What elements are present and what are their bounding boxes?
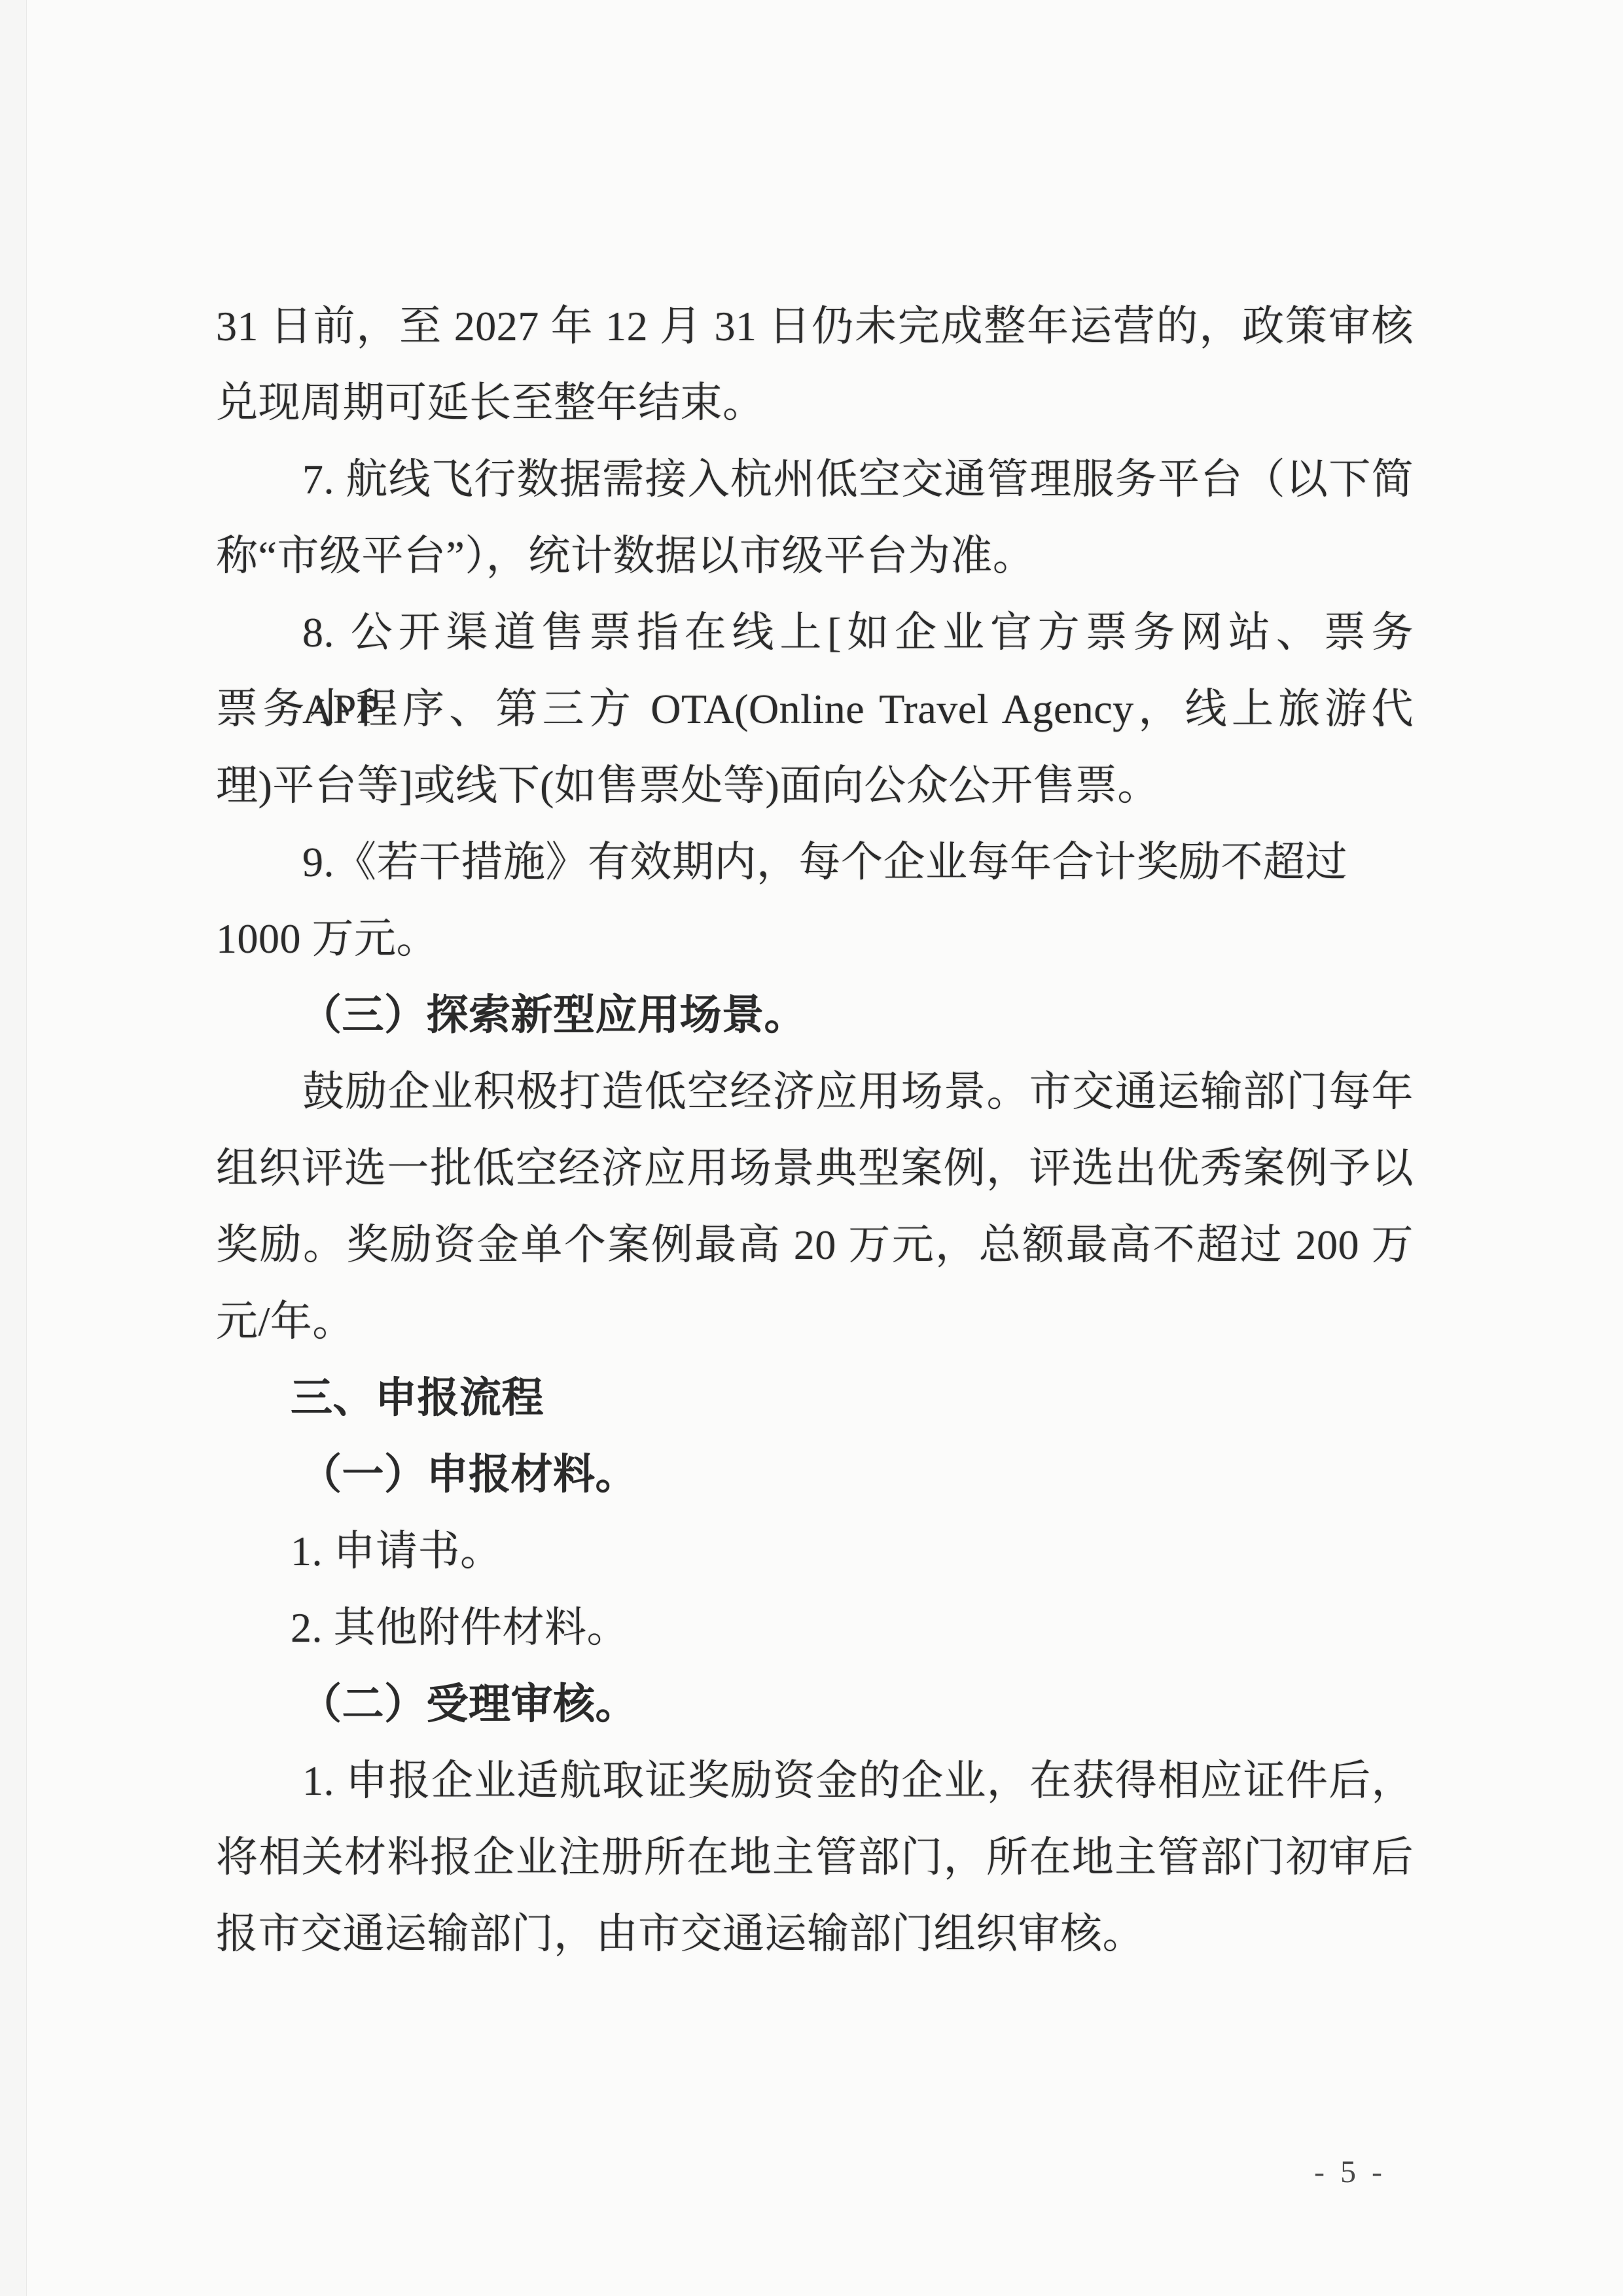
body-line-item-8: 8. 公开渠道售票指在线上[如企业官方票务网站、票务 APP、: [216, 594, 1414, 671]
body-line: 理)平台等]或线下(如售票处等)面向公众公开售票。: [216, 747, 1414, 824]
list-item-1: 1. 申请书。: [216, 1513, 1414, 1589]
body-line: 元/年。: [216, 1283, 1414, 1360]
subsection-heading-2: （二）受理审核。: [216, 1666, 1414, 1742]
body-line: 报市交通运输部门，由市交通运输部门组织审核。: [216, 1896, 1414, 1972]
body-line-item-7: 7. 航线飞行数据需接入杭州低空交通管理服务平台（以下简: [216, 441, 1414, 518]
list-item-2: 2. 其他附件材料。: [216, 1589, 1414, 1666]
text-block: 31 日前，至 2027 年 12 月 31 日仍未完成整年运营的，政策审核 兑…: [216, 288, 1414, 1972]
page-number: - 5 -: [1314, 2154, 1386, 2191]
body-line: 将相关材料报企业注册所在地主管部门，所在地主管部门初审后: [216, 1819, 1414, 1896]
chapter-heading-3: 三、申报流程: [216, 1360, 1414, 1436]
body-line: 兑现周期可延长至整年结束。: [216, 364, 1414, 441]
body-line: 鼓励企业积极打造低空经济应用场景。市交通运输部门每年: [216, 1053, 1414, 1130]
body-line: 奖励。奖励资金单个案例最高 20 万元，总额最高不超过 200 万: [216, 1207, 1414, 1283]
body-line-item-1: 1. 申报企业适航取证奖励资金的企业，在获得相应证件后，: [216, 1742, 1414, 1819]
body-line: 称“市级平台”），统计数据以市级平台为准。: [216, 518, 1414, 594]
scan-edge-shadow: [0, 0, 27, 2296]
document-page: 31 日前，至 2027 年 12 月 31 日仍未完成整年运营的，政策审核 兑…: [0, 0, 1623, 2296]
subsection-heading-1: （一）申报材料。: [216, 1436, 1414, 1513]
body-line: 31 日前，至 2027 年 12 月 31 日仍未完成整年运营的，政策审核: [216, 288, 1414, 364]
subsection-heading-3: （三）探索新型应用场景。: [216, 977, 1414, 1053]
body-line-item-9: 9.《若干措施》有效期内，每个企业每年合计奖励不超过: [216, 824, 1414, 900]
body-line: 组织评选一批低空经济应用场景典型案例，评选出优秀案例予以: [216, 1130, 1414, 1207]
body-line: 1000 万元。: [216, 900, 1414, 977]
body-line: 票务小程序、第三方 OTA(Online Travel Agency，线上旅游代: [216, 671, 1414, 747]
